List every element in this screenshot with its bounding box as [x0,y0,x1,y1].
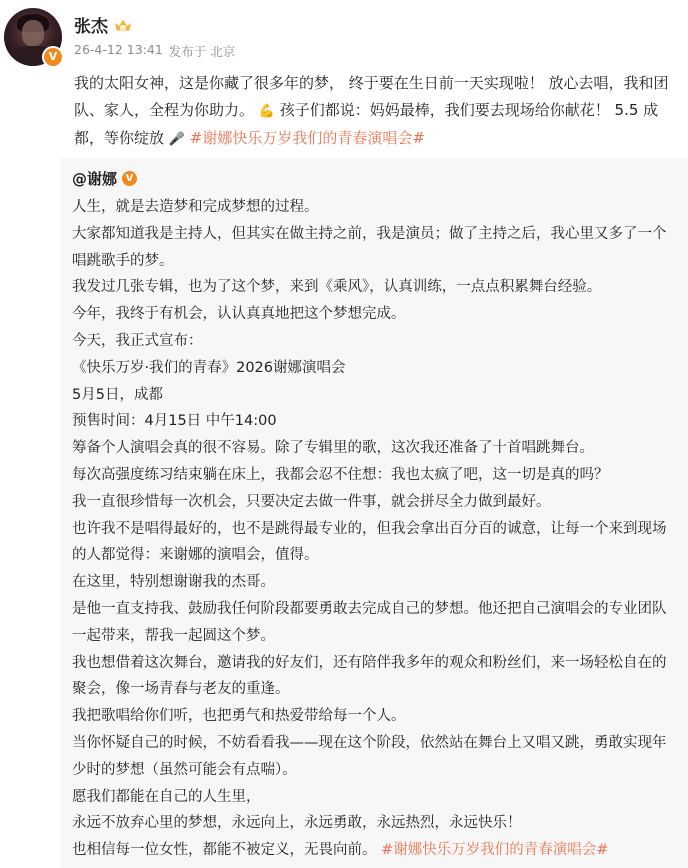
paragraph: 也许我不是唱得最好的，也不是跳得最专业的，但我会拿出百分百的诚意，让每一个来到现… [72,516,676,570]
location: 发布于 北京 [169,42,235,60]
paragraph: 愿我们都能在自己的人生里， [72,784,676,811]
author-name[interactable]: 张杰 [74,12,132,37]
paragraph: 《快乐万岁·我们的青春》2026谢娜演唱会 [72,355,676,382]
quoted-author-name: @谢娜 [72,168,117,189]
timestamp: 26-4-12 13:41 [74,42,163,60]
avatar[interactable]: V [4,8,62,66]
quoted-body: 人生，就是去造梦和完成梦想的过程。 大家都知道我是主持人，但其实在做主持之前，我… [72,194,676,864]
paragraph: 大家都知道我是主持人，但其实在做主持之前，我是演员；做了主持之后，我心里又多了一… [72,221,676,275]
verified-badge-icon: V [42,46,64,68]
quoted-author[interactable]: @谢娜 V [72,168,137,189]
paragraph: 每次高强度练习结束躺在床上，我都会忍不住想：我也太疯了吧，这一切是真的吗？ [72,462,676,489]
paragraph: 是他一直支持我、鼓励我任何阶段都要勇敢去完成自己的梦想。他还把自己演唱会的专业团… [72,596,676,650]
topic-link[interactable]: #谢娜快乐万岁我们的青春演唱会# [190,129,425,147]
paragraph: 当你怀疑自己的时候，不妨看看我——现在这个阶段，依然站在舞台上又唱又跳，勇敢实现… [72,730,676,784]
author-name-text: 张杰 [74,12,108,37]
paragraph: 今年，我终于有机会，认认真真地把这个梦想完成。 [72,301,676,328]
paragraph: 永远不放弃心里的梦想，永远向上，永远勇敢，永远热烈，永远快乐！ [72,810,676,837]
microphone-icon: 🎤 [169,126,185,153]
paragraph: 筹备个人演唱会真的很不容易。除了专辑里的歌，这次我还准备了十首唱跳舞台。 [72,435,676,462]
post-header: V 张杰 26-4-12 13:41 发布于 北京 [0,0,688,62]
paragraph-last: 也相信每一位女性，都能不被定义，无畏向前。 #谢娜快乐万岁我们的青春演唱会# [72,837,676,864]
topic-link[interactable]: #谢娜快乐万岁我们的青春演唱会# [381,842,608,858]
paragraph: 在这里，特别想谢谢我的杰哥。 [72,569,676,596]
muscle-icon: 💪 [259,98,275,125]
last-line-text: 也相信每一位女性，都能不被定义，无畏向前。 [72,842,377,858]
paragraph: 预售时间：4月15日 中午14:00 [72,408,676,435]
paragraph: 我发过几张专辑，也为了这个梦，来到《乘风》，认真训练，一点点积累舞台经验。 [72,274,676,301]
post-meta: 26-4-12 13:41 发布于 北京 [74,42,235,60]
paragraph: 我一直很珍惜每一次机会，只要决定去做一件事，就会拼尽全力做到最好。 [72,489,676,516]
paragraph: 人生，就是去造梦和完成梦想的过程。 [72,194,676,221]
post-text: 我的太阳女神，这是你藏了很多年的梦， 终于要在生日前一天实现啦！ 放心去唱，我和… [74,70,678,153]
paragraph: 5月5日，成都 [72,382,676,409]
quoted-post[interactable]: @谢娜 V 人生，就是去造梦和完成梦想的过程。 大家都知道我是主持人，但其实在做… [60,158,688,868]
crown-icon [114,18,132,32]
paragraph: 我把歌唱给你们听，也把勇气和热爱带给每一个人。 [72,703,676,730]
verified-badge-icon: V [122,171,137,186]
weibo-post: V 张杰 26-4-12 13:41 发布于 北京 我的太阳女神，这是你藏了很多… [0,0,688,868]
paragraph: 我也想借着这次舞台，邀请我的好友们，还有陪伴我多年的观众和粉丝们，来一场轻松自在… [72,650,676,704]
paragraph: 今天，我正式宣布： [72,328,676,355]
